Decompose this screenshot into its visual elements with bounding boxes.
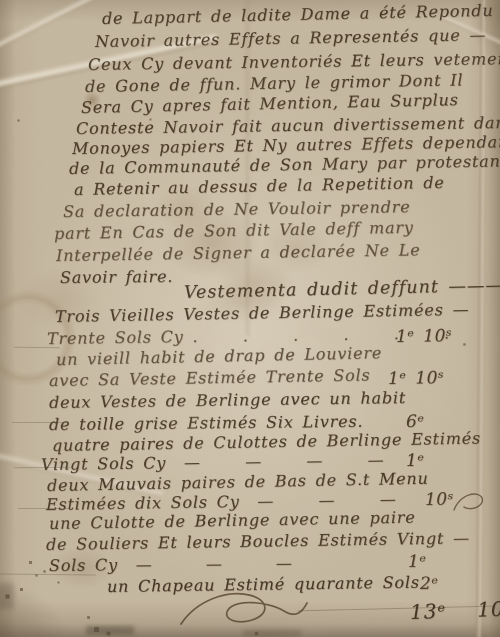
inventory-line: une Culotte de Berlinge avec une paire [49,510,416,532]
manuscript-line: de Lappart de ladite Dame a été Repondu … [102,2,500,27]
inventory-line: Sols Cy — — — [49,555,293,574]
section-heading: Vestementa dudit deffunt ——— [184,278,500,303]
amount-value: 1ᵉ 10ˢ [396,328,452,346]
inventory-line: de toille grise Estimés Six Livres. [49,414,363,433]
amount-flourish [452,490,486,516]
manuscript-line: part En Cas de Son dit Vale deff mary [54,220,414,242]
manuscript-line: a Retenir au dessus de la Repetition de [74,175,445,198]
manuscript-line: Ceux Cy devant Inventoriés Et leurs vete… [88,51,500,73]
edge-smudge [0,583,14,609]
inventory-line: avec Sa Veste Estimée Trente Sols [49,367,371,389]
amount-value: 1ᵉ [406,453,425,470]
manuscript-line: Interpellée de Signer a declarée Ne Le [56,242,421,264]
inventory-line: Trente Sols Cy . . . . . . [47,325,450,347]
amount-value: 1ᵉ 10ˢ [388,370,444,388]
amount-value: 2ᵉ [420,576,439,593]
total-amount: 13ᵉ 10 [410,599,500,622]
inventory-line: Trois Vieilles Vestes de Berlinge Estimé… [55,302,470,325]
amount-value: 10ˢ [425,491,454,509]
inventory-line: deux Vestes de Berlinge avec un habit [49,390,406,411]
manuscript-page: de Lappart de ladite Dame a été Repondu … [0,0,500,637]
ink-specks [0,0,1,1]
manuscript-line: Savoir faire. [60,269,173,286]
inventory-line: un Chapeau Estimé quarante Sols [107,575,420,595]
edge-smudge [243,630,301,637]
amount-value: 6ᵉ [406,414,425,431]
paper-edge-crease [476,0,486,637]
manuscript-line: Navoir autres Effets a Representés que — [95,27,486,50]
inventory-line: de Souliers Et leurs Boucles Estimés Vin… [46,530,470,553]
manuscript-line: Sa declaration de Ne Vouloir prendre [63,199,411,220]
manuscript-line: Sera Cy apres fait Mention, Eau Surplus [81,92,459,116]
inventory-line: un vieill habit de drap de Louviere [56,345,382,368]
amount-value: 1ᵉ [408,554,427,571]
edge-smudge [86,626,134,635]
